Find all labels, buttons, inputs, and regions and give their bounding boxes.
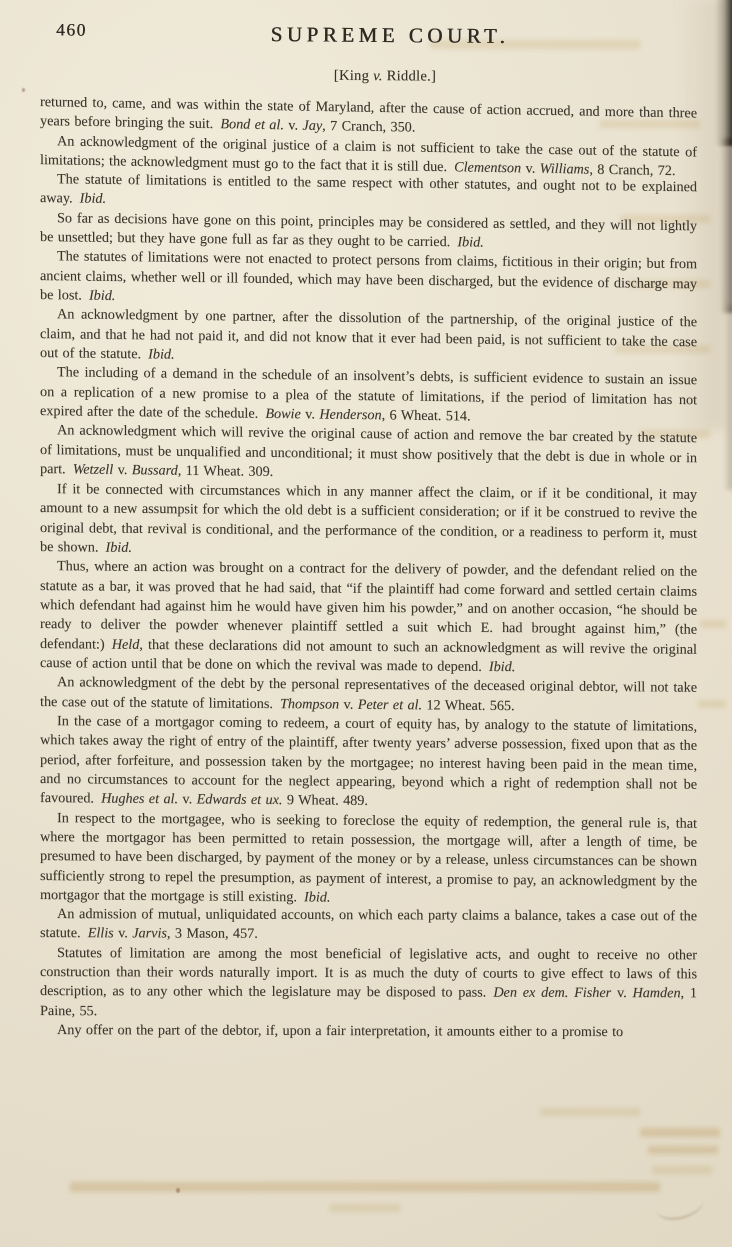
- bleed-through-mark: [652, 1166, 712, 1174]
- bleed-through-mark: [698, 700, 726, 708]
- page-curl-mark: [654, 1188, 705, 1222]
- paragraph: Statutes of limitation are among the mos…: [40, 944, 697, 1024]
- bleed-through-mark: [648, 1146, 718, 1154]
- bleed-through-mark: [640, 1128, 720, 1137]
- paragraph: An acknowledgment of the debt by the per…: [40, 673, 697, 717]
- paper-speck: [176, 1188, 180, 1193]
- paragraph: The statutes of limitations were not ena…: [40, 248, 697, 314]
- book-page-scan: 460 SUPREME COURT. [King v. Riddle.] ret…: [0, 0, 732, 1247]
- paragraph: An acknowledgment which will revive the …: [40, 422, 697, 488]
- paragraph: An acknowledgment by one partner, after …: [40, 306, 697, 372]
- bleed-through-mark: [330, 1204, 400, 1212]
- paragraph: The including of a demand in the schedul…: [40, 364, 697, 430]
- bleed-through-mark: [70, 1182, 660, 1192]
- paragraph-group: If it be connected with circumstances wh…: [40, 480, 697, 911]
- page-edge-shadow: [676, 0, 724, 430]
- paragraph-group: An admission of mutual, unliquidated acc…: [40, 905, 697, 1043]
- running-head: SUPREME COURT.: [90, 21, 690, 51]
- paragraph: Thus, where an action was brought on a c…: [40, 557, 697, 679]
- page-header: 460 SUPREME COURT.: [0, 0, 732, 66]
- paragraph: If it be connected with circumstances wh…: [40, 480, 697, 563]
- page-body: returned to, came, and was within the st…: [40, 93, 697, 1047]
- page-edge-shadow: [724, 305, 732, 490]
- paragraph-group: returned to, came, and was within the st…: [40, 93, 697, 182]
- paragraph: In respect to the mortgagee, who is seek…: [40, 809, 697, 911]
- bleed-through-mark: [540, 1108, 640, 1116]
- case-caption: [King v. Riddle.]: [110, 66, 660, 87]
- paper-speck: [22, 88, 25, 92]
- bleed-through-mark: [700, 620, 726, 628]
- paragraph: An admission of mutual, unliquidated acc…: [40, 905, 697, 946]
- paragraph: Any offer on the part of the debtor, if,…: [40, 1022, 697, 1044]
- paragraph-group: The statute of limitations is entitled t…: [40, 170, 697, 488]
- page-number: 460: [56, 19, 87, 40]
- paragraph: In the case of a mortgagor coming to red…: [40, 712, 697, 814]
